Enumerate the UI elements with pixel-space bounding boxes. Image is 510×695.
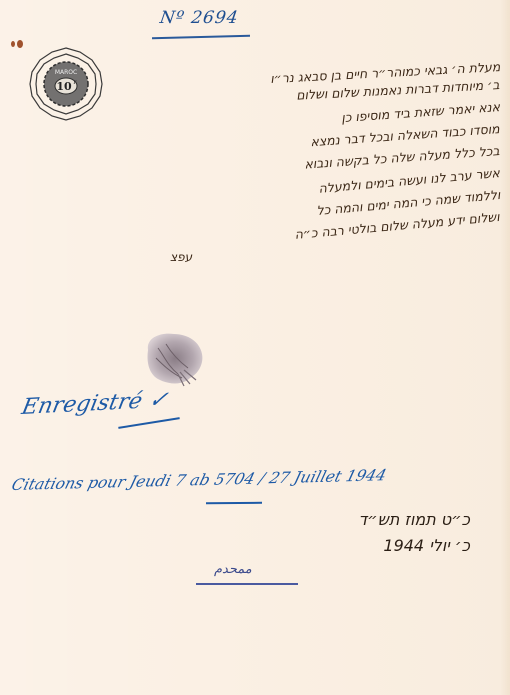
letter-signoff: עפצ	[170, 250, 192, 264]
wax-seal-icon	[138, 328, 210, 390]
svg-text:10: 10	[56, 80, 72, 93]
gregorian-date-line: כ׳ יולי 1944	[359, 533, 471, 559]
paper-edge-shading	[500, 0, 510, 695]
signature-underline	[196, 583, 298, 585]
svg-text:MAROC: MAROC	[55, 69, 77, 76]
citation-underline	[206, 502, 262, 504]
hebrew-date-block: כ״ט תמוז תש״ד כ׳ יולי 1944	[359, 507, 471, 559]
document-number-underline	[152, 35, 250, 40]
document-page: Nº 2694 MAROC 10 F מעלת ה׳ גבאי כמוהר״ר …	[0, 0, 510, 695]
signature: ممحدم	[214, 562, 252, 577]
registered-annotation: Enregistré ✓	[20, 387, 171, 420]
document-number: Nº 2694	[159, 8, 240, 28]
hebrew-date-line: כ״ט תמוז תש״ד	[359, 507, 471, 533]
svg-text:F: F	[73, 80, 77, 86]
fiscal-stamp-icon: MAROC 10 F	[28, 46, 104, 122]
letter-line: אנא יאמר שזאת ביד מוסיפו כן	[341, 100, 501, 125]
ink-stain-icon	[10, 39, 24, 49]
registered-underline	[118, 417, 180, 429]
citation-date-annotation: Citations pour Jeudi 7 ab 5704 / 27 Juil…	[10, 466, 389, 494]
